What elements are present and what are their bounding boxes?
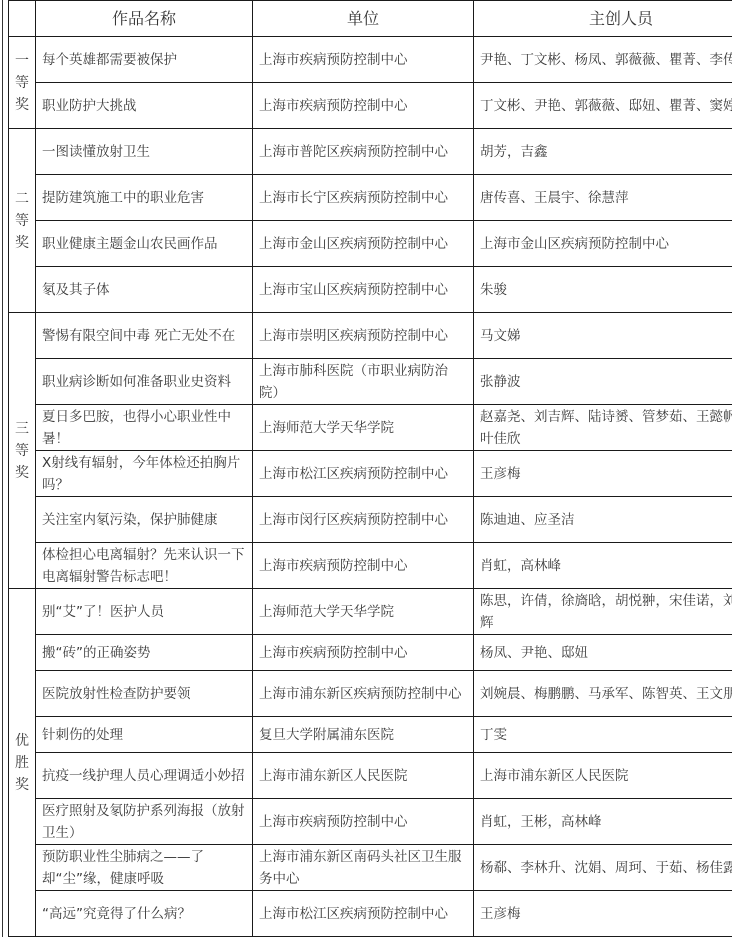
- cell-creators: 陈迪迪、应圣洁: [474, 497, 732, 543]
- cell-unit: 上海师范大学天华学院: [253, 405, 474, 451]
- cell-unit: 上海市疾病预防控制中心: [253, 635, 474, 671]
- cell-unit: 上海市肺科医院（市职业病防治院）: [253, 359, 474, 405]
- cell-unit: 上海市普陀区疾病预防控制中心: [253, 129, 474, 175]
- cell-unit: 上海市闵行区疾病预防控制中心: [253, 497, 474, 543]
- cell-title: 一图读懂放射卫生: [36, 129, 253, 175]
- cell-title: 体检担心电离辐射？先来认识一下电离辐射警告标志吧！: [36, 543, 253, 589]
- award-label: 二等奖: [15, 188, 29, 254]
- table-row: 三等奖 警惕有限空间中毒 死亡无处不在 上海市崇明区疾病预防控制中心 马文娣: [9, 313, 732, 359]
- cell-title: 警惕有限空间中毒 死亡无处不在: [36, 313, 253, 359]
- cell-title: 氡及其子体: [36, 267, 253, 313]
- cell-creators: 王彦梅: [474, 891, 732, 937]
- cell-creators: 马文娣: [474, 313, 732, 359]
- table-row: 抗疫一线护理人员心理调适小妙招 上海市浦东新区人民医院 上海市浦东新区人民医院: [9, 753, 732, 799]
- cell-unit: 上海市浦东新区疾病预防控制中心: [253, 671, 474, 717]
- cell-title: 医院放射性检查防护要领: [36, 671, 253, 717]
- cell-unit: 上海市浦东新区人民医院: [253, 753, 474, 799]
- cell-creators: 上海市浦东新区人民医院: [474, 753, 732, 799]
- cell-unit: 上海市疾病预防控制中心: [253, 543, 474, 589]
- table-row: 职业病诊断如何准备职业史资料 上海市肺科医院（市职业病防治院） 张静波: [9, 359, 732, 405]
- cell-creators: 上海市金山区疾病预防控制中心: [474, 221, 732, 267]
- cell-unit: 上海市长宁区疾病预防控制中心: [253, 175, 474, 221]
- cell-creators: 杨凤、尹艳、邸妞: [474, 635, 732, 671]
- table-row: X射线有辐射，今年体检还拍胸片吗？ 上海市松江区疾病预防控制中心 王彦梅: [9, 451, 732, 497]
- header-row: 作品名称 单位 主创人员: [9, 1, 732, 37]
- cell-title: 职业健康主题金山农民画作品: [36, 221, 253, 267]
- cell-unit: 复旦大学附属浦东医院: [253, 717, 474, 753]
- cell-title: 关注室内氡污染，保护肺健康: [36, 497, 253, 543]
- cell-unit: 上海市金山区疾病预防控制中心: [253, 221, 474, 267]
- award-second: 二等奖: [9, 129, 36, 313]
- cell-unit: 上海师范大学天华学院: [253, 589, 474, 635]
- cell-title: “高远”究竟得了什么病？: [36, 891, 253, 937]
- cell-creators: 丁文彬、尹艳、郭薇薇、邸妞、瞿菁、窦婷婷: [474, 83, 732, 129]
- cell-title: X射线有辐射，今年体检还拍胸片吗？: [36, 451, 253, 497]
- table-row: 医院放射性检查防护要领 上海市浦东新区疾病预防控制中心 刘婉晨、梅鹏鹏、马承军、…: [9, 671, 732, 717]
- award-label: 三等奖: [15, 418, 29, 484]
- table-row: 体检担心电离辐射？先来认识一下电离辐射警告标志吧！ 上海市疾病预防控制中心 肖虹…: [9, 543, 732, 589]
- table-row: 二等奖 一图读懂放射卫生 上海市普陀区疾病预防控制中心 胡芳，吉鑫: [9, 129, 732, 175]
- cell-title: 搬“砖”的正确姿势: [36, 635, 253, 671]
- cell-creators: 丁雯: [474, 717, 732, 753]
- table-row: 夏日多巴胺，也得小心职业性中暑！ 上海师范大学天华学院 赵嘉尧、刘吉辉、陆诗赟、…: [9, 405, 732, 451]
- cell-creators: 唐传喜、王晨宇、徐慧萍: [474, 175, 732, 221]
- cell-creators: 王彦梅: [474, 451, 732, 497]
- cell-title: 医疗照射及氡防护系列海报（放射卫生）: [36, 799, 253, 845]
- cell-unit: 上海市宝山区疾病预防控制中心: [253, 267, 474, 313]
- cell-creators: 胡芳，吉鑫: [474, 129, 732, 175]
- cell-title: 针刺伤的处理: [36, 717, 253, 753]
- table-row: 氡及其子体 上海市宝山区疾病预防控制中心 朱骏: [9, 267, 732, 313]
- awards-table: 作品名称 单位 主创人员 一等奖 每个英雄都需要被保护 上海市疾病预防控制中心 …: [8, 0, 732, 937]
- header-award: [9, 1, 36, 37]
- cell-creators: 赵嘉尧、刘吉辉、陆诗赟、管梦茹、王懿帆、叶佳欣: [474, 405, 732, 451]
- table-row: 职业健康主题金山农民画作品 上海市金山区疾病预防控制中心 上海市金山区疾病预防控…: [9, 221, 732, 267]
- cell-unit: 上海市疾病预防控制中心: [253, 37, 474, 83]
- cell-creators: 尹艳、丁文彬、杨凤、郭薇薇、瞿菁、李传奇: [474, 37, 732, 83]
- award-third: 三等奖: [9, 313, 36, 589]
- cell-unit: 上海市疾病预防控制中心: [253, 83, 474, 129]
- table-row: 关注室内氡污染，保护肺健康 上海市闵行区疾病预防控制中心 陈迪迪、应圣洁: [9, 497, 732, 543]
- cell-title: 别“艾”了！医护人员: [36, 589, 253, 635]
- table-row: 优胜奖 别“艾”了！医护人员 上海师范大学天华学院 陈思，许倩，徐旖晗，胡悦翀，…: [9, 589, 732, 635]
- cell-creators: 朱骏: [474, 267, 732, 313]
- cell-unit: 上海市崇明区疾病预防控制中心: [253, 313, 474, 359]
- table-row: “高远”究竟得了什么病？ 上海市松江区疾病预防控制中心 王彦梅: [9, 891, 732, 937]
- table-row: 医疗照射及氡防护系列海报（放射卫生） 上海市疾病预防控制中心 肖虹，王彬，高林峰: [9, 799, 732, 845]
- award-merit: 优胜奖: [9, 589, 36, 937]
- cell-unit: 上海市浦东新区南码头社区卫生服务中心: [253, 845, 474, 891]
- outer-border: [2, 0, 3, 937]
- table-row: 预防职业性尘肺病之——了却“尘”缘，健康呼吸 上海市浦东新区南码头社区卫生服务中…: [9, 845, 732, 891]
- header-unit: 单位: [253, 1, 474, 37]
- award-label: 一等奖: [15, 50, 29, 116]
- cell-title: 夏日多巴胺，也得小心职业性中暑！: [36, 405, 253, 451]
- cell-title: 职业病诊断如何准备职业史资料: [36, 359, 253, 405]
- cell-unit: 上海市疾病预防控制中心: [253, 799, 474, 845]
- cell-creators: 刘婉晨、梅鹏鹏、马承军、陈智英、王文朋: [474, 671, 732, 717]
- award-first: 一等奖: [9, 37, 36, 129]
- cell-title: 提防建筑施工中的职业危害: [36, 175, 253, 221]
- cell-title: 每个英雄都需要被保护: [36, 37, 253, 83]
- table-row: 提防建筑施工中的职业危害 上海市长宁区疾病预防控制中心 唐传喜、王晨宇、徐慧萍: [9, 175, 732, 221]
- cell-creators: 肖虹，高林峰: [474, 543, 732, 589]
- table-row: 职业防护大挑战 上海市疾病预防控制中心 丁文彬、尹艳、郭薇薇、邸妞、瞿菁、窦婷婷: [9, 83, 732, 129]
- header-title: 作品名称: [36, 1, 253, 37]
- table-row: 搬“砖”的正确姿势 上海市疾病预防控制中心 杨凤、尹艳、邸妞: [9, 635, 732, 671]
- cell-creators: 杨郗、李林升、沈娟、周珂、于茹、杨佳露: [474, 845, 732, 891]
- cell-unit: 上海市松江区疾病预防控制中心: [253, 891, 474, 937]
- header-creators: 主创人员: [474, 1, 732, 37]
- cell-title: 抗疫一线护理人员心理调适小妙招: [36, 753, 253, 799]
- cell-title: 职业防护大挑战: [36, 83, 253, 129]
- cell-unit: 上海市松江区疾病预防控制中心: [253, 451, 474, 497]
- table-row: 针刺伤的处理 复旦大学附属浦东医院 丁雯: [9, 717, 732, 753]
- award-label: 优胜奖: [15, 730, 29, 796]
- cell-creators: 陈思，许倩，徐旖晗，胡悦翀，宋佳诺，刘吉辉: [474, 589, 732, 635]
- table-row: 一等奖 每个英雄都需要被保护 上海市疾病预防控制中心 尹艳、丁文彬、杨凤、郭薇薇…: [9, 37, 732, 83]
- cell-creators: 张静波: [474, 359, 732, 405]
- cell-creators: 肖虹，王彬，高林峰: [474, 799, 732, 845]
- cell-title: 预防职业性尘肺病之——了却“尘”缘，健康呼吸: [36, 845, 253, 891]
